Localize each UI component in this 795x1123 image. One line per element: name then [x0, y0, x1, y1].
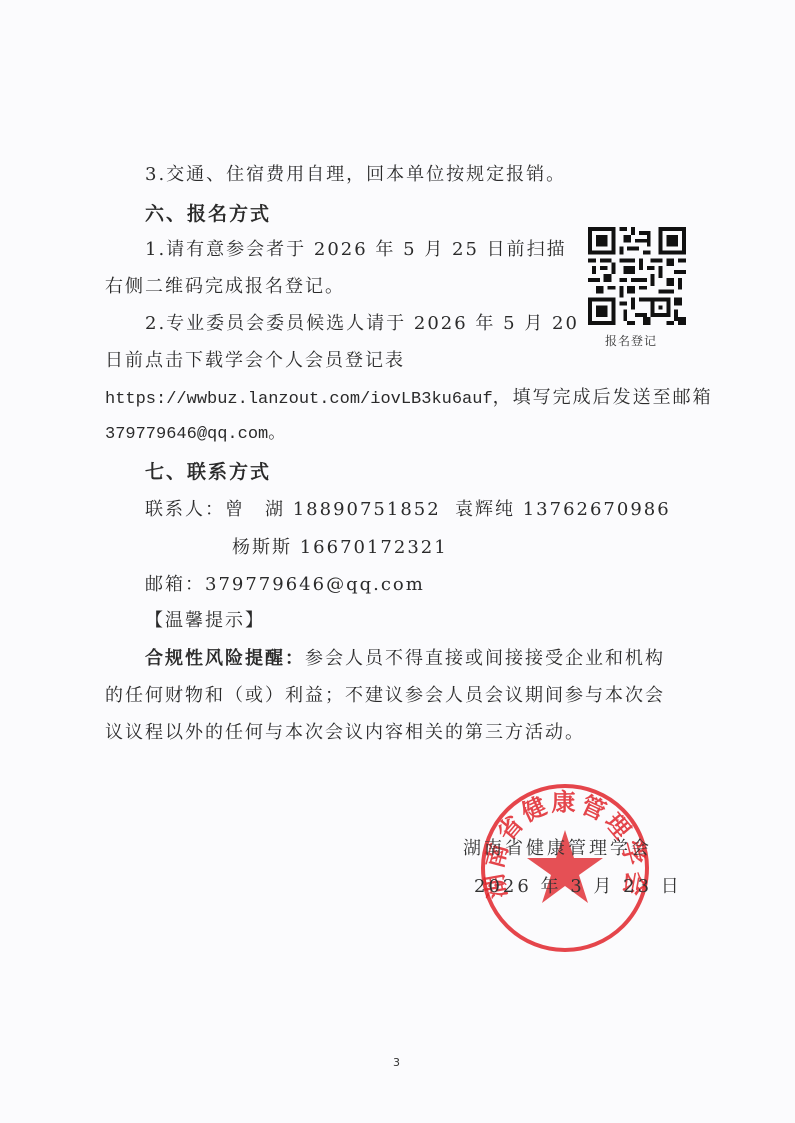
registration-item-1-line-1: 1.请有意参会者于 2026 年 5 月 25 日前扫描	[145, 238, 567, 262]
registration-item-2-line-3: https://wwbuz.lanzout.com/iovLB3ku6auf，填…	[105, 386, 713, 412]
official-seal-icon: 湖南省健康管理学会	[475, 778, 655, 958]
signing-organization: 湖南省健康管理学会	[463, 834, 652, 860]
contact-yang-sisi: 杨斯斯 16670172321	[232, 536, 448, 560]
compliance-line-1: 合规性风险提醒：参会人员不得直接或间接接受企业和机构	[145, 647, 665, 671]
signing-date: 2026 年 3 月 23 日	[474, 872, 682, 898]
compliance-text-1: 参会人员不得直接或间接接受企业和机构	[305, 648, 665, 669]
tips-heading: 【温馨提示】	[145, 609, 265, 633]
contact-row-1: 联系人：曾 湖 18890751852	[145, 498, 441, 522]
section-6-heading: 六、报名方式	[145, 202, 271, 226]
item-3-text: 3.交通、住宿费用自理，回本单位按规定报销。	[145, 163, 566, 187]
member-form-download-link[interactable]: https://wwbuz.lanzout.com/iovLB3ku6auf	[105, 390, 493, 409]
page-number: 3	[393, 1056, 400, 1069]
section-7-heading: 七、联系方式	[145, 460, 271, 484]
compliance-line-2: 的任何财物和（或）利益；不建议参会人员会议期间参与本次会	[105, 684, 665, 708]
qr-caption: 报名登记	[605, 332, 657, 349]
contact-email: 邮箱：379779646@qq.com	[145, 573, 425, 597]
registration-qr-code-icon[interactable]	[588, 227, 686, 325]
registration-email: 379779646@qq.com。	[105, 423, 285, 447]
compliance-label: 合规性风险提醒：	[145, 648, 305, 669]
send-to-email-text: ，填写完成后发送至邮箱	[493, 387, 713, 408]
contact-zeng-hu: 曾 湖 18890751852	[225, 499, 441, 520]
registration-item-2-line-1: 2.专业委员会委员候选人请于 2026 年 5 月 20	[145, 312, 579, 336]
contact-label: 联系人：	[145, 499, 225, 520]
compliance-line-3: 议议程以外的任何与本次会议内容相关的第三方活动。	[105, 721, 585, 745]
contact-yuan-huichun: 袁辉纯 13762670986	[455, 498, 671, 522]
registration-item-1-line-2: 右侧二维码完成报名登记。	[105, 275, 345, 299]
registration-item-2-line-2: 日前点击下载学会个人会员登记表	[105, 349, 405, 373]
